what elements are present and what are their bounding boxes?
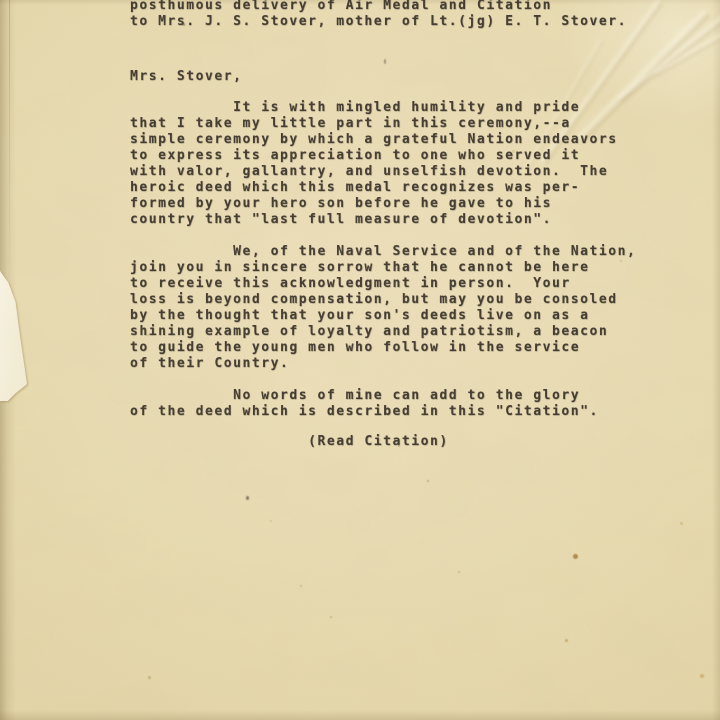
paper-left-edge-shadow xyxy=(0,0,16,720)
paper-edge-seam-line xyxy=(9,0,10,300)
paper-bottom-edge-shadow xyxy=(0,710,720,720)
torn-paper-patch-shape xyxy=(0,271,30,401)
stain-spot xyxy=(300,585,302,587)
paper-right-edge-shadow xyxy=(712,0,720,720)
scanned-letter-page: posthumous delivery of Air Medal and Cit… xyxy=(0,0,720,720)
letter-paragraph-3: No words of mine can add to the glory of… xyxy=(130,388,599,420)
paper-crease xyxy=(653,19,720,78)
letter-paragraph-2: We, of the Naval Service and of the Nati… xyxy=(130,244,636,372)
stain-spot xyxy=(330,616,332,618)
stain-spot xyxy=(427,480,429,482)
stain-spot xyxy=(246,496,249,500)
letter-stage-direction: (Read Citation) xyxy=(130,434,449,450)
letter-salutation: Mrs. Stover, xyxy=(130,69,243,85)
stain-spot xyxy=(680,522,683,525)
stain-spot xyxy=(700,674,704,678)
letter-paragraph-1: It is with mingled humility and pride th… xyxy=(130,100,618,228)
stain-spot xyxy=(384,59,386,64)
stain-spot xyxy=(565,639,568,642)
letter-header: posthumous delivery of Air Medal and Cit… xyxy=(130,0,627,30)
stain-spot xyxy=(270,520,272,522)
stain-spot xyxy=(573,554,578,559)
torn-paper-patch xyxy=(0,271,30,401)
stain-spot xyxy=(148,676,151,679)
paper-crease xyxy=(617,12,720,103)
stain-spot xyxy=(458,571,460,573)
